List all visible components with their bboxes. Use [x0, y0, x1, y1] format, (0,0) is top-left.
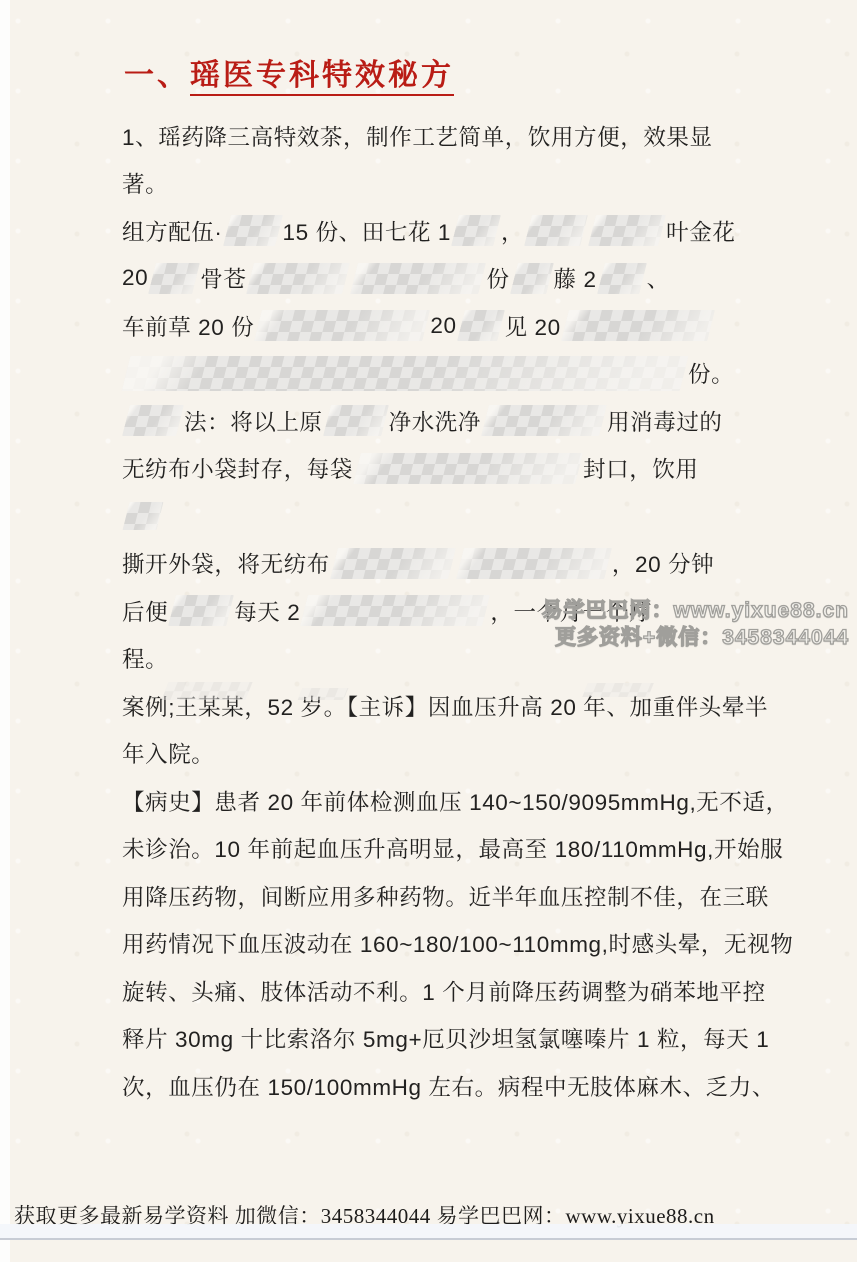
redacted-mosaic [456, 548, 612, 579]
text-run: 骨苍 [200, 262, 246, 294]
page-left-edge [0, 0, 10, 1262]
page-title: 一、瑶医专科特效秘方 [124, 54, 802, 98]
redacted-mosaic [168, 595, 234, 626]
redacted-mosaic [301, 595, 491, 626]
text-run: 15 份、田七花 1 [283, 215, 452, 247]
redacted-mosaic [481, 405, 607, 436]
text-line: 未诊治。10 年前起血压升高明显，最高至 180/110mmHg,开始服 [122, 825, 802, 873]
text-run: 、 [647, 262, 670, 294]
text-run: 用消毒过的 [607, 405, 723, 437]
redacted-mosaic [510, 263, 554, 294]
text-run: 【病史】患者 20 年前体检测血压 140~150/9095mmHg,无不适， [122, 785, 789, 817]
redacted-mosaic [123, 502, 164, 530]
watermark-site-line: 易学巴巴网：www.yixue88.cn [542, 597, 849, 624]
text-line: 年入院。 [122, 730, 802, 778]
title-prefix: 一、 [124, 59, 190, 92]
text-run: 旋转、头痛、肢体活动不利。1 个月前降压药调整为硝苯地平控 [122, 975, 766, 1007]
text-run: 叶金花 [666, 215, 735, 247]
document-content: 一、瑶医专科特效秘方 1、瑶药降三高特效茶，制作工艺简单，饮用方便，效果显著。组… [122, 54, 802, 1110]
text-run: 见 20 [505, 310, 561, 342]
text-run: 净水洗净 [389, 405, 481, 437]
horizontal-scrollbar-track[interactable] [0, 1224, 857, 1240]
redacted-mosaic [353, 453, 583, 484]
text-run: ， [501, 215, 524, 247]
watermark: 易学巴巴网：www.yixue88.cn 更多资料+微信：3458344044 [542, 597, 849, 651]
redacted-mosaic [254, 310, 430, 341]
text-run: 封口，饮用 [583, 452, 699, 484]
text-run: 1、瑶药降三高特效茶，制作工艺简单，饮用方便，效果显 [122, 120, 713, 152]
text-run: 次，血压仍在 150/100mmHg 左右。病程中无肢体麻木、乏力、 [122, 1070, 775, 1102]
text-run: 年入院。 [122, 737, 214, 769]
text-line: 著。 [122, 160, 802, 208]
redacted-mosaic [122, 356, 689, 391]
text-run: 法：将以上原 [184, 405, 323, 437]
text-run: ，20 分钟 [612, 547, 714, 579]
redacted-mosaic [597, 263, 647, 294]
text-run: 每天 2 [234, 595, 300, 627]
text-run: 组方配伍· [122, 215, 223, 247]
text-line: 次，血压仍在 150/100mmHg 左右。病程中无肢体麻木、乏力、 [122, 1062, 802, 1110]
text-line: 法：将以上原净水洗净用消毒过的 [122, 397, 802, 445]
text-run: 藤 2 [554, 262, 597, 294]
redacted-mosaic [122, 405, 184, 436]
document-page: 一、瑶医专科特效秘方 1、瑶药降三高特效茶，制作工艺简单，饮用方便，效果显著。组… [0, 0, 857, 1262]
text-run: 程。 [122, 642, 168, 674]
text-line: 旋转、头痛、肢体活动不利。1 个月前降压药调整为硝苯地平控 [122, 967, 802, 1015]
redacted-mosaic [323, 405, 389, 436]
text-line: 用降压药物，间断应用多种药物。近半年血压控制不佳，在三联 [122, 872, 802, 920]
text-run: 20 [122, 265, 148, 291]
title-underlined-text: 瑶医专科特效秘方 [190, 59, 454, 96]
text-run: 车前草 20 份 [122, 310, 254, 342]
redacted-mosaic [330, 548, 456, 579]
text-line: 20骨苍份藤 2、 [122, 255, 802, 303]
redacted-mosaic [223, 215, 283, 246]
redacted-mosaic [351, 263, 487, 294]
text-run: 撕开外袋，将无纺布 [122, 547, 330, 579]
text-run: 用药情况下血压波动在 160~180/100~110mmg,时感头晕，无视物 [122, 927, 793, 959]
redacted-mosaic [524, 215, 588, 246]
text-run: 用降压药物，间断应用多种药物。近半年血压控制不佳，在三联 [122, 880, 769, 912]
text-run: 后便 [122, 595, 168, 627]
text-run: 份 [486, 262, 509, 294]
text-line: 车前草 20 份20见 20 [122, 302, 802, 350]
text-run: 份。 [688, 357, 734, 389]
redacted-mosaic-faint [582, 683, 654, 697]
redacted-mosaic [451, 215, 501, 246]
text-run: 著。 [122, 167, 168, 199]
text-line: 【病史】患者 20 年前体检测血压 140~150/9095mmHg,无不适， [122, 777, 802, 825]
text-run: 释片 30mg 十比索洛尔 5mg+厄贝沙坦氢氯噻嗪片 1 粒，每天 1 [122, 1022, 769, 1054]
text-line: 用药情况下血压波动在 160~180/100~110mmg,时感头晕，无视物 [122, 920, 802, 968]
text-line: 撕开外袋，将无纺布，20 分钟 [122, 540, 802, 588]
text-run: 无纺布小袋封存，每袋 [122, 452, 353, 484]
redacted-mosaic [457, 310, 505, 341]
text-line: 1、瑶药降三高特效茶，制作工艺简单，饮用方便，效果显 [122, 112, 802, 160]
text-run: 20 [430, 313, 456, 339]
text-line [122, 492, 802, 540]
redacted-mosaic-faint [161, 682, 252, 700]
text-line: 释片 30mg 十比索洛尔 5mg+厄贝沙坦氢氯噻嗪片 1 粒，每天 1 [122, 1015, 802, 1063]
text-line: 组方配伍·15 份、田七花 1，叶金花 [122, 207, 802, 255]
redacted-mosaic-faint [298, 688, 349, 700]
text-run: 未诊治。10 年前起血压升高明显，最高至 180/110mmHg,开始服 [122, 832, 783, 864]
redacted-mosaic [247, 263, 351, 294]
redacted-mosaic [588, 215, 666, 246]
redacted-mosaic [148, 263, 200, 294]
text-line: 无纺布小袋封存，每袋封口，饮用 [122, 445, 802, 493]
watermark-wechat-line: 更多资料+微信：3458344044 [542, 624, 849, 651]
text-line: 份。 [122, 350, 802, 398]
redacted-mosaic [561, 310, 715, 341]
